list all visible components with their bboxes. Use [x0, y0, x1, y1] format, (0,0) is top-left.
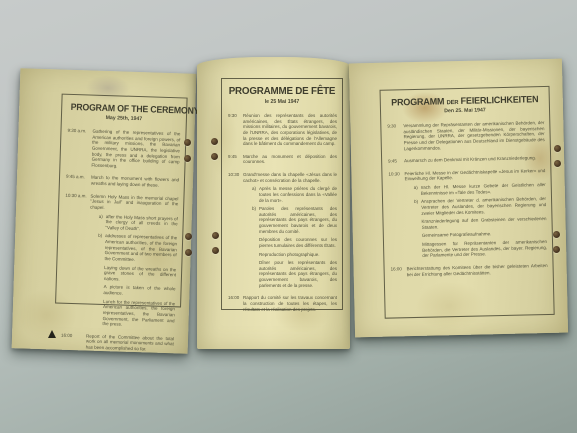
schedule-item: 10:30 a.m. Solemn Holy Mass in the memor… — [60, 192, 178, 332]
page-title: PROGRAMME DE FÊTE — [227, 86, 337, 97]
subitem-text: Paroles des représentants des autorités … — [259, 206, 337, 234]
punch-hole — [554, 145, 561, 152]
item-time: 9:45 — [227, 154, 243, 168]
subitem-text: Reproduction photographique. — [259, 252, 337, 258]
item-text: Feierliche Hl. Messe in der Gedächtniska… — [404, 168, 545, 182]
subitem-text: nach der Hl. Messe kurze Gebete der Geis… — [421, 182, 546, 196]
item-time: 9:45 a.m. — [65, 174, 91, 189]
punch-hole — [185, 233, 192, 240]
item-time: 9:30 — [227, 113, 243, 150]
schedule-subitem: Gemeinsame Fotografieaufnahme. — [415, 230, 547, 239]
punch-hole — [211, 153, 218, 160]
item-time: 10:30 — [387, 171, 406, 262]
schedule-item: 9:30 Réunion des représentants des autor… — [227, 113, 337, 150]
page-title: PROGRAMM DER FEIERLICHKEITEN — [388, 94, 541, 107]
border-frame: PROGRAM OF THE CEREMONY May 25th, 1947 9… — [55, 94, 188, 308]
schedule: 9:30 a.m. Gathering of the representativ… — [60, 128, 181, 356]
item-text: Berichterstattung des Komitees über die … — [407, 263, 548, 277]
schedule-subitem: b)addresses of representatives of the Am… — [97, 233, 177, 264]
item-text: Report of the Committee about the total … — [86, 333, 174, 353]
punch-hole — [211, 138, 218, 145]
item-text: Marche au monument et déposition des cou… — [243, 154, 337, 165]
schedule-item: 9:30 Versammlung der Repräsentanten der … — [386, 120, 545, 155]
page-french-program: PROGRAMME DE FÊTE le 25 Mai 1947 9:30 Ré… — [197, 57, 350, 349]
item-text: Grand'messe dans la chapelle «Jésus dans… — [243, 172, 337, 183]
schedule-item: 10:30 Grand'messe dans la chapelle «Jésu… — [227, 172, 337, 291]
punch-hole — [212, 232, 219, 239]
subitem-text: Dîner pour les représentants des autorit… — [259, 260, 337, 288]
photo-of-trifold-program: PROGRAM OF THE CEREMONY May 25th, 1947 9… — [0, 0, 577, 433]
page-date: le 25 Mai 1947 — [227, 99, 337, 105]
punch-hole — [553, 246, 560, 253]
title-rest: FEIERLICHKEITEN — [461, 94, 539, 106]
border-frame: PROGRAMM DER FEIERLICHKEITEN Den 25. Mai… — [380, 86, 555, 319]
subitem-text: Après la messe prières du clergé de tout… — [259, 186, 337, 203]
page-english-program: PROGRAM OF THE CEREMONY May 25th, 1947 9… — [12, 68, 197, 353]
page-title: PROGRAM OF THE CEREMONY — [71, 102, 178, 115]
subitem-marker: b) — [252, 206, 259, 234]
schedule-subitem: Dîner pour les représentants des autorit… — [252, 260, 337, 288]
subitem-text: Lunch for the representatives of the Ame… — [102, 299, 175, 329]
subitem-marker: a) — [252, 186, 259, 203]
punch-hole — [184, 139, 191, 146]
schedule-item: 16:00 Report of the Committee about the … — [60, 332, 175, 355]
item-text: March to the monument with flowers and w… — [91, 175, 179, 189]
title-main: PROGRAMM — [391, 96, 444, 107]
subitem-text: A picture is taken of the whole audience… — [103, 284, 175, 298]
schedule-subitem: a)nach der Hl. Messe kurze Gebete der Ge… — [414, 182, 546, 196]
schedule-subitem: a)Après la messe prières du clergé de to… — [252, 186, 337, 203]
subitem-text: Mittagessen für Repräsentanten der ameri… — [422, 239, 547, 259]
punch-hole — [554, 160, 561, 167]
item-time: 16:00 — [60, 332, 87, 353]
title-der: DER — [447, 100, 459, 106]
subitem-marker — [252, 237, 259, 248]
schedule-subitem: Kranzniederlegung auf den Grabsteinen de… — [414, 216, 546, 230]
schedule-subitem: b)Ansprachen der Vertreter d. amerikanis… — [414, 196, 546, 216]
punch-hole — [184, 155, 191, 162]
schedule: 9:30 Versammlung der Repräsentanten der … — [386, 120, 548, 281]
subitem-marker — [252, 252, 259, 258]
page-date: Den 25. Mai 1947 — [386, 106, 544, 116]
border-frame: PROGRAMME DE FÊTE le 25 Mai 1947 9:30 Ré… — [221, 78, 343, 310]
subitem-marker — [252, 260, 259, 288]
subitem-text: Kranzniederlegung auf den Grabsteinen de… — [421, 216, 546, 230]
subitem-text: Gemeinsame Fotografieaufnahme. — [422, 230, 547, 238]
item-time: 16:00 — [227, 295, 243, 315]
schedule-item: 9:30 a.m. Gathering of the representativ… — [65, 128, 180, 174]
item-time: 10:30 — [227, 172, 243, 291]
schedule-subitem: Lunch for the representatives of the Ame… — [95, 298, 175, 329]
subitem-text: Laying down of the wreaths on the grave … — [104, 265, 176, 284]
schedule-subitem: Reproduction photographique. — [252, 252, 337, 258]
schedule-item: 10:30 Feierliche Hl. Messe in der Gedäch… — [387, 168, 547, 263]
schedule-subitem: a)after the Holy Mass short prayers of t… — [98, 213, 177, 232]
subitem-text: after the Holy Mass short prayers of the… — [105, 214, 177, 233]
schedule-subitem: b)Paroles des représentants des autorité… — [252, 206, 337, 234]
item-text: Ausmarsch zu dem Denkmal mit Kränzen und… — [404, 155, 545, 164]
item-text: Versammlung der Repräsentanten der ameri… — [403, 120, 545, 151]
schedule-item: 9:45 Marche au monument et déposition de… — [227, 154, 337, 168]
item-time: 9:30 a.m. — [65, 128, 92, 171]
schedule: 9:30 Réunion des représentants des autor… — [227, 113, 337, 315]
schedule-subitem: Déposition des couronnes sur les pierres… — [252, 237, 337, 248]
schedule-subitem: Mittagessen für Repräsentanten der ameri… — [415, 239, 547, 259]
schedule-item: 9:45 a.m. March to the monument with flo… — [65, 174, 179, 192]
punch-hole — [212, 247, 219, 254]
schedule-item: 9:45 Ausmarsch zu dem Denkmal mit Kränze… — [387, 155, 545, 167]
schedule-item: 16:00 Berichterstattung des Komitees übe… — [390, 263, 548, 281]
page-german-program: PROGRAMM DER FEIERLICHKEITEN Den 25. Mai… — [349, 59, 568, 338]
page-date: May 25th, 1947 — [67, 114, 181, 124]
subitem-text: Ansprachen der Vertreter d. amerikanisch… — [421, 196, 546, 216]
schedule-item: 16:00 Rapport du comité sur les travaux … — [227, 295, 337, 315]
item-text: Gathering of the representatives of the … — [91, 129, 180, 171]
item-text: Solemn Holy Mass in the memorial chapel … — [90, 193, 178, 213]
subitem-text: Déposition des couronnes sur les pierres… — [259, 237, 337, 248]
item-time: 9:30 — [386, 123, 404, 155]
schedule-subitem: A picture is taken of the whole audience… — [96, 284, 175, 298]
punch-hole — [553, 231, 560, 238]
subitem-text: addresses of representatives of the Amer… — [104, 233, 177, 263]
punch-hole — [185, 249, 192, 256]
item-time: 16:00 — [390, 266, 407, 281]
item-text: Réunion des représentants des autorités … — [243, 113, 337, 147]
item-text: Rapport du comité sur les travaux concer… — [243, 295, 337, 312]
item-time: 9:45 — [387, 158, 404, 167]
schedule-subitem: Laying down of the wreaths on the grave … — [97, 264, 176, 283]
